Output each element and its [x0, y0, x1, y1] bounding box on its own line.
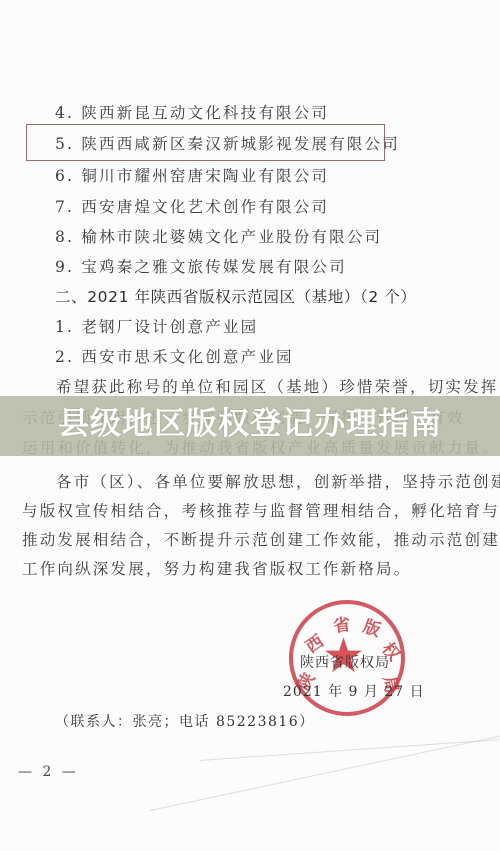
company-item-9: 9. 宝鸡秦之雅文旅传媒发展有限公司	[55, 257, 347, 277]
paper-crease	[200, 739, 499, 761]
company-item-7: 7. 西安唐煌文化艺术创作有限公司	[55, 197, 329, 217]
paragraph2-line2: 与版权宣传相结合，考核推荐与监督管理相结合，孵化培育与	[22, 501, 500, 521]
issuer-name: 陕西省版权局	[300, 652, 390, 672]
issue-date: 2021 年 9 月 27 日	[283, 681, 425, 701]
company-item-5: 5. 陕西西咸新区秦汉新城影视发展有限公司	[55, 134, 400, 154]
park-item-2: 2. 西安市思禾文化创意产业园	[55, 347, 294, 367]
park-item-1: 1. 老钢厂设计创意产业园	[55, 317, 258, 337]
company-item-4: 4. 陕西新昆互动文化科技有限公司	[55, 103, 329, 123]
paragraph2-line3: 推动发展相结合，不断提升示范创建工作效能，推动示范创建	[22, 530, 500, 550]
paragraph1-line1: 希望获此称号的单位和园区（基地）珍惜荣誉，切实发挥	[56, 377, 499, 397]
paragraph2-line1: 各市（区）、各单位要解放思想，创新举措，坚持示范创建	[56, 472, 500, 492]
company-item-6: 6. 铜川市耀州窑唐宋陶业有限公司	[55, 166, 329, 186]
section-heading: 二、2021 年陕西省版权示范园区（基地）（2 个）	[55, 287, 417, 307]
paragraph2-line4: 工作向纵深发展，努力构建我省版权工作新格局。	[22, 559, 411, 579]
contact-info: （联系人：张亮；电话 85223816）	[55, 711, 315, 731]
seal-char: 省	[331, 610, 351, 637]
page-number: — 2 —	[18, 764, 79, 780]
banner-title: 县级地区版权登记办理指南	[0, 402, 500, 446]
company-item-8: 8. 榆林市陕北婆姨文化产业股份有限公司	[55, 227, 382, 247]
